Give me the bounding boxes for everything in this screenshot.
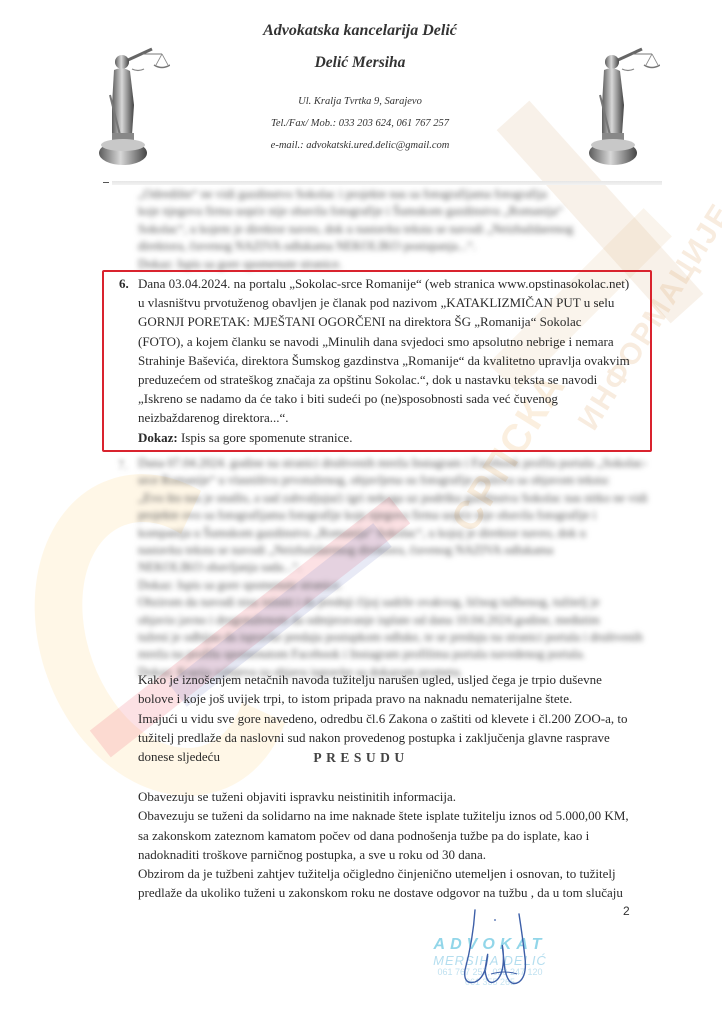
lady-justice-statue-icon bbox=[580, 35, 660, 170]
item-line: u vlasništvu prvotuženog obavljen je čla… bbox=[138, 293, 652, 312]
page-number: 2 bbox=[623, 904, 630, 918]
redacted-paragraph-top: „Odredište“ ne vidi gazdinstvo Sokolac i… bbox=[138, 186, 648, 273]
item-line: „Iskreno se nadamo da će tako i biti sud… bbox=[138, 389, 652, 408]
item-line: Dana 03.04.2024. na portalu „Sokolac-src… bbox=[138, 274, 652, 293]
item-line: (FOTO), a kojem članku se navodi „Minuli… bbox=[138, 332, 652, 351]
firm-email: e-mail.: advokatski.ured.delic@gmail.com bbox=[200, 140, 520, 151]
claim-item-6: 6. Dana 03.04.2024. na portalu „Sokolac-… bbox=[112, 274, 652, 447]
evidence-text: Ispis sa gore spomenute stranice. bbox=[178, 430, 353, 445]
lawyer-name: Delić Mersiha bbox=[200, 54, 520, 72]
item-line: neizbaždarenog direktora...“. bbox=[138, 408, 652, 427]
firm-phone: Tel./Fax/ Mob.: 033 203 624, 061 767 257 bbox=[200, 118, 520, 129]
lady-justice-statue-icon bbox=[90, 35, 170, 170]
item-line: preduzećem od strateškog značaja za opšt… bbox=[138, 370, 652, 389]
item-number-redacted: 7. bbox=[118, 458, 127, 473]
evidence-label: Dokaz: bbox=[138, 430, 178, 445]
signature-icon bbox=[455, 900, 545, 1000]
firm-address: Ul. Kralja Tvrtka 9, Sarajevo bbox=[200, 96, 520, 107]
item-line: GORNJI PORETAK: MJEŠTANI OGORČENI na dir… bbox=[138, 312, 652, 331]
verdict-paragraph: Obavezuju se tuženi objaviti ispravku ne… bbox=[138, 787, 648, 903]
header-divider bbox=[112, 181, 662, 185]
redacted-paragraph-middle: Dana 07.04.2024. godine na stranici druš… bbox=[138, 455, 650, 681]
margin-mark bbox=[103, 182, 109, 183]
verdict-title: PRESUDU bbox=[0, 750, 722, 766]
evidence-line: Dokaz: Ispis sa gore spomenute stranice. bbox=[138, 428, 652, 447]
item-number: 6. bbox=[119, 274, 129, 293]
firm-name: Advokatska kancelarija Delić bbox=[200, 22, 520, 40]
item-line: Strahinje Baševića, direktora Šumskog ga… bbox=[138, 351, 652, 370]
